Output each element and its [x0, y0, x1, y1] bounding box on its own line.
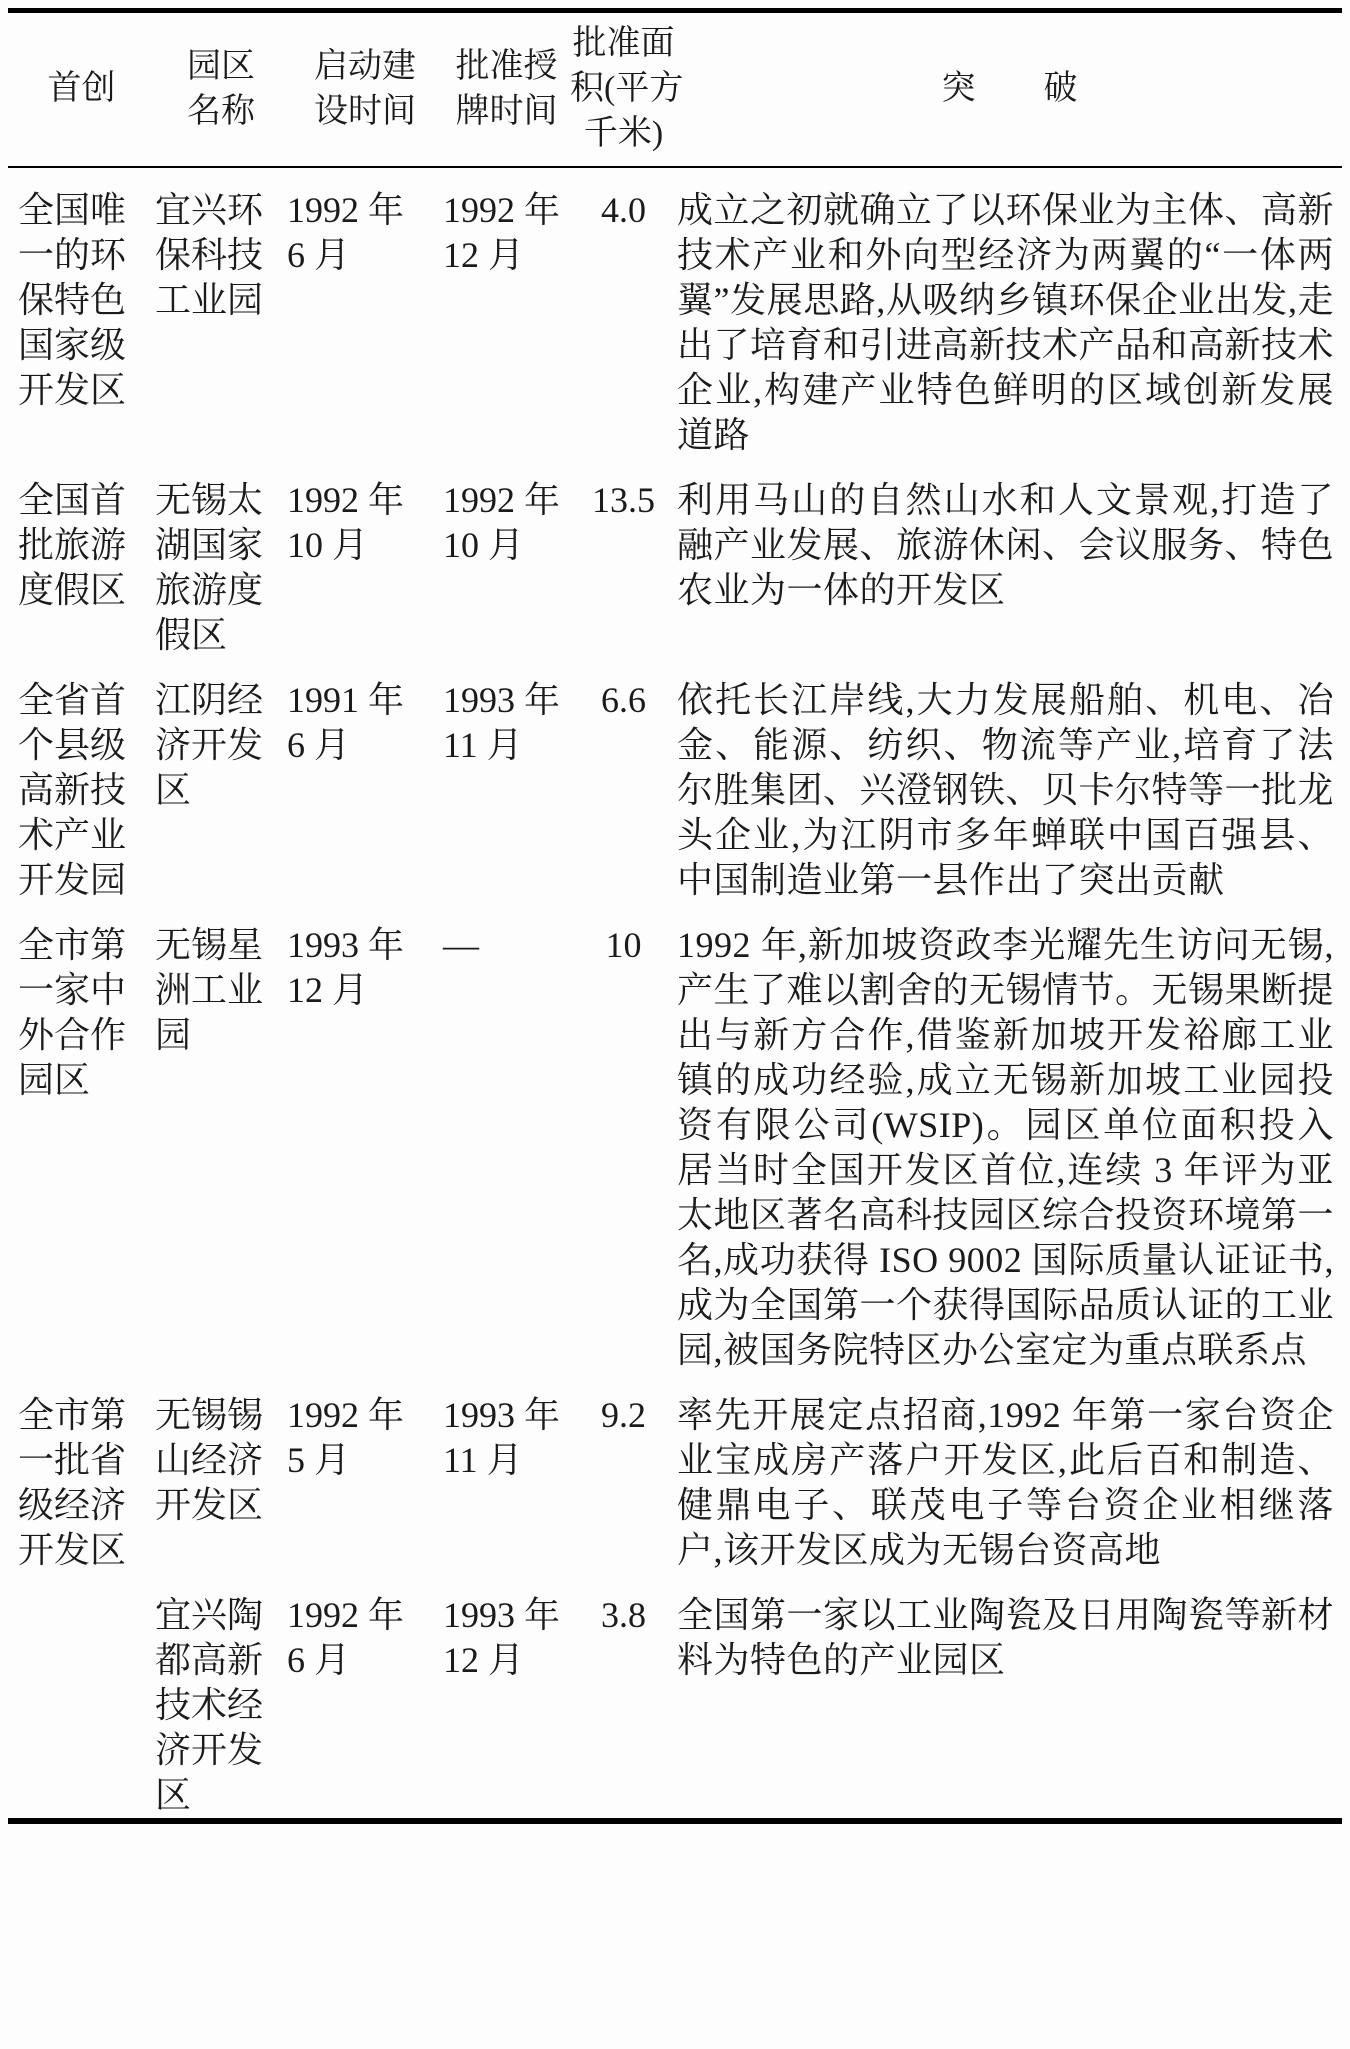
approve-cell: 1993 年 11 月 — [443, 658, 570, 903]
park-cell: 宜兴环保科技工业园 — [155, 167, 287, 458]
first-cell — [8, 1573, 155, 1821]
development-zones-table: 首创 园区 名称 启动建 设时间 批准授 牌时间 批准面 积(平方 千米) 突 … — [8, 8, 1342, 1824]
breakthrough-cell: 率先开展定点招商,1992 年第一家台资企业宝成房产落户开发区,此后百和制造、健… — [677, 1373, 1342, 1573]
area-cell: 10 — [570, 903, 677, 1373]
park-cell: 宜兴陶都高新技术经济开发区 — [155, 1573, 287, 1821]
start-cell: 1992 年 5 月 — [287, 1373, 443, 1573]
header-park-name: 园区 名称 — [155, 11, 287, 168]
table-row: 全市第一家中外合作园区无锡星洲工业园1993 年 12 月—101992 年,新… — [8, 903, 1342, 1373]
approve-cell: — — [443, 903, 570, 1373]
first-cell: 全国唯一的环保特色国家级开发区 — [8, 167, 155, 458]
breakthrough-cell: 利用马山的自然山水和人文景观,打造了融产业发展、旅游休闲、会议服务、特色农业为一… — [677, 458, 1342, 658]
first-cell: 全市第一批省级经济开发区 — [8, 1373, 155, 1573]
first-cell: 全国首批旅游度假区 — [8, 458, 155, 658]
header-approve-time: 批准授 牌时间 — [443, 11, 570, 168]
park-cell: 江阴经济开发区 — [155, 658, 287, 903]
start-cell: 1992 年 6 月 — [287, 1573, 443, 1821]
first-cell: 全省首个县级高新技术产业开发园 — [8, 658, 155, 903]
scanned-table-page: 首创 园区 名称 启动建 设时间 批准授 牌时间 批准面 积(平方 千米) 突 … — [0, 0, 1350, 2049]
breakthrough-cell: 成立之初就确立了以环保业为主体、高新技术产业和外向型经济为两翼的“一体两翼”发展… — [677, 167, 1342, 458]
table-row: 全国唯一的环保特色国家级开发区宜兴环保科技工业园1992 年 6 月1992 年… — [8, 167, 1342, 458]
table-row: 全市第一批省级经济开发区无锡锡山经济开发区1992 年 5 月1993 年 11… — [8, 1373, 1342, 1573]
approve-cell: 1993 年 11 月 — [443, 1373, 570, 1573]
header-breakthrough: 突 破 — [677, 11, 1342, 168]
header-row: 首创 园区 名称 启动建 设时间 批准授 牌时间 批准面 积(平方 千米) 突 … — [8, 11, 1342, 168]
header-approved-area: 批准面 积(平方 千米) — [570, 11, 677, 168]
start-cell: 1992 年 10 月 — [287, 458, 443, 658]
first-cell: 全市第一家中外合作园区 — [8, 903, 155, 1373]
approve-cell: 1993 年 12 月 — [443, 1573, 570, 1821]
header-start-time: 启动建 设时间 — [287, 11, 443, 168]
park-cell: 无锡太湖国家旅游度假区 — [155, 458, 287, 658]
area-cell: 13.5 — [570, 458, 677, 658]
breakthrough-cell: 1992 年,新加坡资政李光耀先生访问无锡,产生了难以割舍的无锡情节。无锡果断提… — [677, 903, 1342, 1373]
start-cell: 1991 年 6 月 — [287, 658, 443, 903]
park-cell: 无锡锡山经济开发区 — [155, 1373, 287, 1573]
area-cell: 3.8 — [570, 1573, 677, 1821]
table-row: 宜兴陶都高新技术经济开发区1992 年 6 月1993 年 12 月3.8全国第… — [8, 1573, 1342, 1821]
approve-cell: 1992 年 10 月 — [443, 458, 570, 658]
table-row: 全省首个县级高新技术产业开发园江阴经济开发区1991 年 6 月1993 年 1… — [8, 658, 1342, 903]
area-cell: 4.0 — [570, 167, 677, 458]
table-header: 首创 园区 名称 启动建 设时间 批准授 牌时间 批准面 积(平方 千米) 突 … — [8, 11, 1342, 168]
start-cell: 1993 年 12 月 — [287, 903, 443, 1373]
area-cell: 6.6 — [570, 658, 677, 903]
table-row: 全国首批旅游度假区无锡太湖国家旅游度假区1992 年 10 月1992 年 10… — [8, 458, 1342, 658]
header-first: 首创 — [8, 11, 155, 168]
breakthrough-cell: 全国第一家以工业陶瓷及日用陶瓷等新材料为特色的产业园区 — [677, 1573, 1342, 1821]
area-cell: 9.2 — [570, 1373, 677, 1573]
start-cell: 1992 年 6 月 — [287, 167, 443, 458]
park-cell: 无锡星洲工业园 — [155, 903, 287, 1373]
table-body: 全国唯一的环保特色国家级开发区宜兴环保科技工业园1992 年 6 月1992 年… — [8, 167, 1342, 1821]
approve-cell: 1992 年 12 月 — [443, 167, 570, 458]
breakthrough-cell: 依托长江岸线,大力发展船舶、机电、冶金、能源、纺织、物流等产业,培育了法尔胜集团… — [677, 658, 1342, 903]
